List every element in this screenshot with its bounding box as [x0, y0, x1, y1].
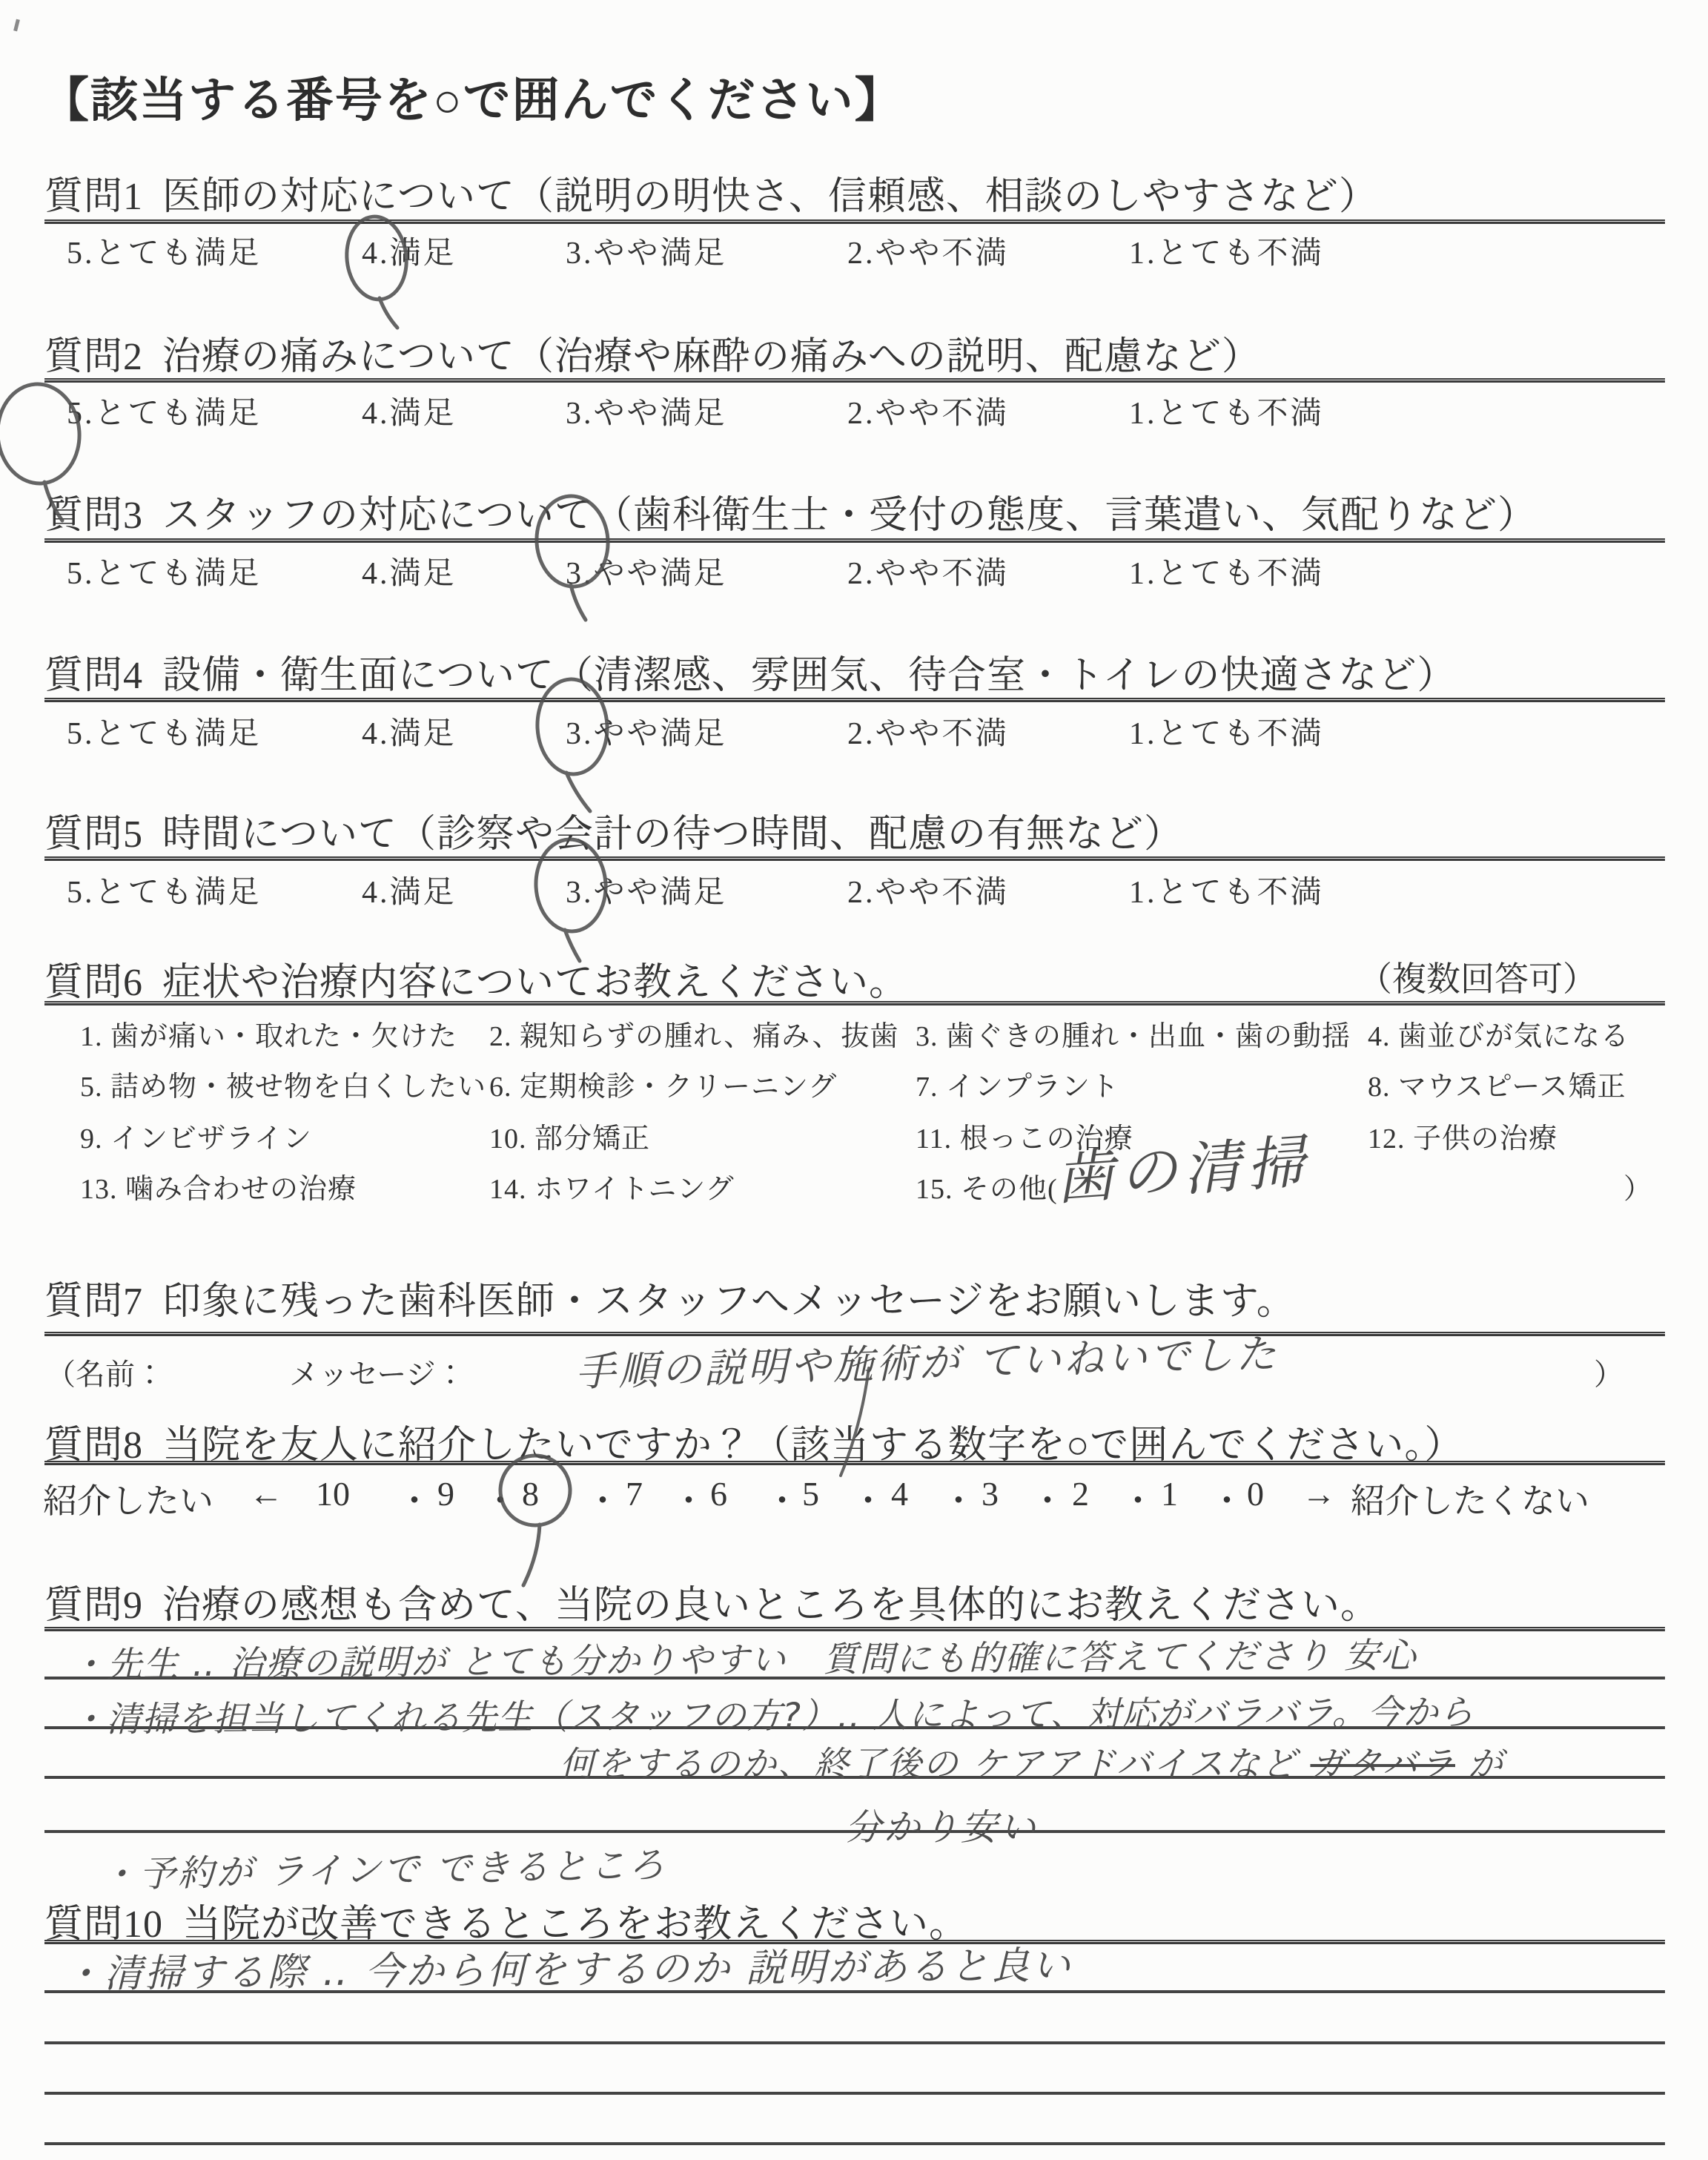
question-4-heading: 質問4設備・衛生面について（清潔感、雰囲気、待合室・トイレの快適さなど）	[44, 644, 1456, 699]
scale-dot: ・	[483, 1474, 517, 1523]
scale-left-label: 紹介したい	[43, 1474, 213, 1523]
message-field-label: メッセージ：	[289, 1351, 466, 1393]
rating-option: 3.やや満足	[566, 228, 727, 273]
scale-dot: ・	[397, 1474, 431, 1523]
question-number: 質問3	[44, 495, 143, 537]
rating-option: 1.とても不満	[1129, 549, 1324, 593]
scale-number: 6	[710, 1474, 727, 1513]
rating-option: 2.やや不満	[847, 549, 1009, 593]
scale-dot: ・	[1030, 1474, 1065, 1523]
symptom-option: 2. 親知らずの腫れ、痛み、抜歯	[489, 1013, 899, 1054]
question-number: 質問2	[44, 336, 143, 378]
scan-artifact	[13, 19, 20, 32]
handwritten-feedback-line: ・先生 ‥ 治療の説明が とても分かりやすい 質問にも的確に答えてくださり 安心	[70, 1628, 1417, 1687]
question-1-options: 5.とても満足 4.満足 3.やや満足 2.やや不満 1.とても不満	[0, 228, 1708, 273]
scale-number: 9	[437, 1474, 454, 1513]
question-5-options: 5.とても満足 4.満足 3.やや満足 2.やや不満 1.とても不満	[0, 868, 1708, 912]
rating-option: 4.満足	[362, 228, 457, 273]
writing-line	[44, 2092, 1665, 2095]
writing-line	[44, 2142, 1665, 2145]
question-number: 質問9	[44, 1585, 143, 1627]
scale-dot: ・	[1210, 1474, 1244, 1523]
right-arrow-icon: →	[1302, 1474, 1336, 1513]
rating-option: 1.とても不満	[1129, 709, 1324, 753]
rating-option: 1.とても不満	[1129, 228, 1324, 273]
scale-dot: ・	[941, 1474, 976, 1523]
question-6-heading: 質問6症状や治療内容についてお教えください。	[44, 951, 908, 1006]
scale-number: 10	[316, 1474, 350, 1513]
handwritten-improvement-line: ・清掃する際 ‥ 今から何をするのか 説明があると良い	[63, 1934, 1073, 1998]
symptom-option: 12. 子供の治療	[1368, 1115, 1558, 1156]
rating-option: 2.やや不満	[847, 228, 1009, 273]
divider	[44, 378, 1665, 383]
rating-option: 4.満足	[362, 389, 457, 433]
question-9-heading: 質問9治療の感想も含めて、当院の良いところを具体的にお教えください。	[44, 1573, 1380, 1629]
rating-option: 3.やや満足	[566, 389, 727, 433]
question-number: 質問4	[44, 655, 143, 697]
question-2-heading: 質問2治療の痛みについて（治療や麻酔の痛みへの説明、配慮など）	[44, 325, 1261, 380]
rating-option: 3.やや満足	[566, 709, 727, 753]
handwritten-feedback-line: ・予約が ラインで できるところ	[100, 1837, 667, 1898]
symptom-option: 1. 歯が痛い・取れた・欠けた	[80, 1013, 457, 1054]
symptom-option: 13. 噛み合わせの治療	[80, 1166, 357, 1206]
question-2-options: 5.とても満足 4.満足 3.やや満足 2.やや不満 1.とても不満	[0, 389, 1708, 433]
rating-option: 4.満足	[362, 868, 457, 912]
divider	[44, 856, 1665, 861]
scale-number: 7	[626, 1474, 643, 1513]
handwritten-feedback-line: 何をするのか、終了後の ケアアドバイスなど ガタバラ が	[560, 1737, 1504, 1786]
symptom-option: 5. 詰め物・被せ物を白くしたい	[80, 1063, 486, 1104]
divider	[44, 538, 1665, 543]
scale-number: 3	[982, 1474, 999, 1513]
rating-option: 5.とても満足	[67, 389, 262, 433]
symptom-option: 4. 歯並びが気になる	[1368, 1013, 1629, 1054]
question-title: 時間について（診察や会計の待つ時間、配慮の有無など）	[162, 813, 1183, 856]
scale-dot: ・	[1121, 1474, 1155, 1523]
rating-option: 3.やや満足	[566, 549, 727, 593]
divider	[44, 698, 1665, 702]
scale-dot: ・	[586, 1474, 620, 1523]
question-title: 治療の感想も含めて、当院の良いところを具体的にお教えください。	[162, 1585, 1380, 1627]
symptom-option: 8. マウスピース矯正	[1368, 1063, 1626, 1104]
divider	[44, 1461, 1665, 1465]
symptom-option: 10. 部分矯正	[489, 1115, 650, 1156]
rating-option: 1.とても不満	[1129, 389, 1324, 433]
rating-option: 2.やや不満	[847, 709, 1009, 753]
scale-right-label: 紹介したくない	[1351, 1474, 1589, 1523]
question-title: 印象に残った歯科医師・スタッフへメッセージをお願いします。	[162, 1281, 1296, 1323]
question-3-heading: 質問3スタッフの対応について（歯科衛生士・受付の態度、言葉遣い、気配りなど）	[44, 483, 1537, 539]
scale-number: 0	[1247, 1474, 1264, 1513]
rating-option: 4.満足	[362, 549, 457, 593]
feedback-text: が	[1455, 1744, 1504, 1785]
divider	[44, 1001, 1665, 1005]
survey-scan-page: 【該当する番号を○で囲んでください】 質問1医師の対応について（説明の明快さ、信…	[0, 0, 1708, 2160]
scale-dot: ・	[672, 1474, 706, 1523]
question-title: 治療の痛みについて（治療や麻酔の痛みへの説明、配慮など）	[162, 336, 1261, 378]
symptom-option: 14. ホワイトニング	[489, 1166, 735, 1206]
handwritten-other-answer: 歯の清掃	[1053, 1115, 1313, 1216]
question-title: 設備・衛生面について（清潔感、雰囲気、待合室・トイレの快適さなど）	[162, 655, 1456, 697]
question-number: 質問6	[44, 962, 143, 1004]
left-arrow-icon: ←	[249, 1474, 283, 1513]
name-field-label: （名前：	[46, 1351, 165, 1393]
symptom-option-other: 15. その他(	[916, 1166, 1058, 1206]
rating-option: 1.とても不満	[1129, 868, 1324, 912]
rating-option: 5.とても満足	[67, 709, 262, 753]
rating-option: 3.やや満足	[566, 868, 727, 912]
writing-line	[44, 2041, 1665, 2044]
question-7-heading: 質問7印象に残った歯科医師・スタッフへメッセージをお願いします。	[44, 1269, 1296, 1325]
rating-option: 5.とても満足	[67, 228, 262, 273]
page-title: 【該当する番号を○で囲んでください】	[42, 62, 904, 131]
close-paren: ）	[1594, 1351, 1623, 1393]
question-number: 質問5	[44, 813, 143, 856]
question-5-heading: 質問5時間について（診察や会計の待つ時間、配慮の有無など）	[44, 802, 1183, 858]
question-number: 質問1	[44, 176, 143, 218]
question-title: 医師の対応について（説明の明快さ、信頼感、相談のしやすさなど）	[162, 176, 1378, 218]
rating-option: 2.やや不満	[847, 389, 1009, 433]
question-3-options: 5.とても満足 4.満足 3.やや満足 2.やや不満 1.とても不満	[0, 549, 1708, 593]
multiple-answers-note: （複数回答可）	[1358, 952, 1597, 1001]
rating-option: 5.とても満足	[67, 868, 262, 912]
rating-option: 2.やや不満	[847, 868, 1009, 912]
scale-number: 8	[522, 1474, 539, 1513]
symptom-option: 7. インプラント	[916, 1063, 1119, 1104]
struck-text: ガタバラ	[1310, 1744, 1455, 1785]
question-title: スタッフの対応について（歯科衛生士・受付の態度、言葉遣い、気配りなど）	[162, 495, 1537, 537]
scale-dot: ・	[851, 1474, 885, 1523]
symptom-option: 6. 定期検診・クリーニング	[489, 1063, 837, 1104]
scale-number: 2	[1072, 1474, 1089, 1513]
handwritten-feedback-line: ・清掃を担当してくれる先生（スタッフの方?）‥ 人によって、対応がバラバラ。今か…	[70, 1685, 1474, 1742]
rating-option: 4.満足	[362, 709, 457, 753]
other-close-paren: ）	[1623, 1166, 1652, 1206]
scale-number: 5	[802, 1474, 819, 1513]
divider	[44, 219, 1665, 224]
symptom-option: 3. 歯ぐきの腫れ・出血・歯の動揺	[916, 1013, 1351, 1054]
scale-number: 4	[891, 1474, 908, 1513]
divider	[44, 1627, 1665, 1631]
handwritten-feedback-line: 分かり安い	[845, 1799, 1038, 1851]
question-4-options: 5.とても満足 4.満足 3.やや満足 2.やや不満 1.とても不満	[0, 709, 1708, 753]
rating-option: 5.とても満足	[67, 549, 262, 593]
question-title: 症状や治療内容についてお教えください。	[162, 962, 908, 1004]
question-1-heading: 質問1医師の対応について（説明の明快さ、信頼感、相談のしやすさなど）	[44, 165, 1378, 220]
symptom-option: 9. インビザライン	[80, 1115, 312, 1156]
scale-dot: ・	[765, 1474, 799, 1523]
scale-number: 1	[1161, 1474, 1178, 1513]
question-number: 質問7	[44, 1281, 143, 1323]
feedback-text: 何をするのか、終了後の ケアアドバイスなど	[560, 1744, 1310, 1785]
